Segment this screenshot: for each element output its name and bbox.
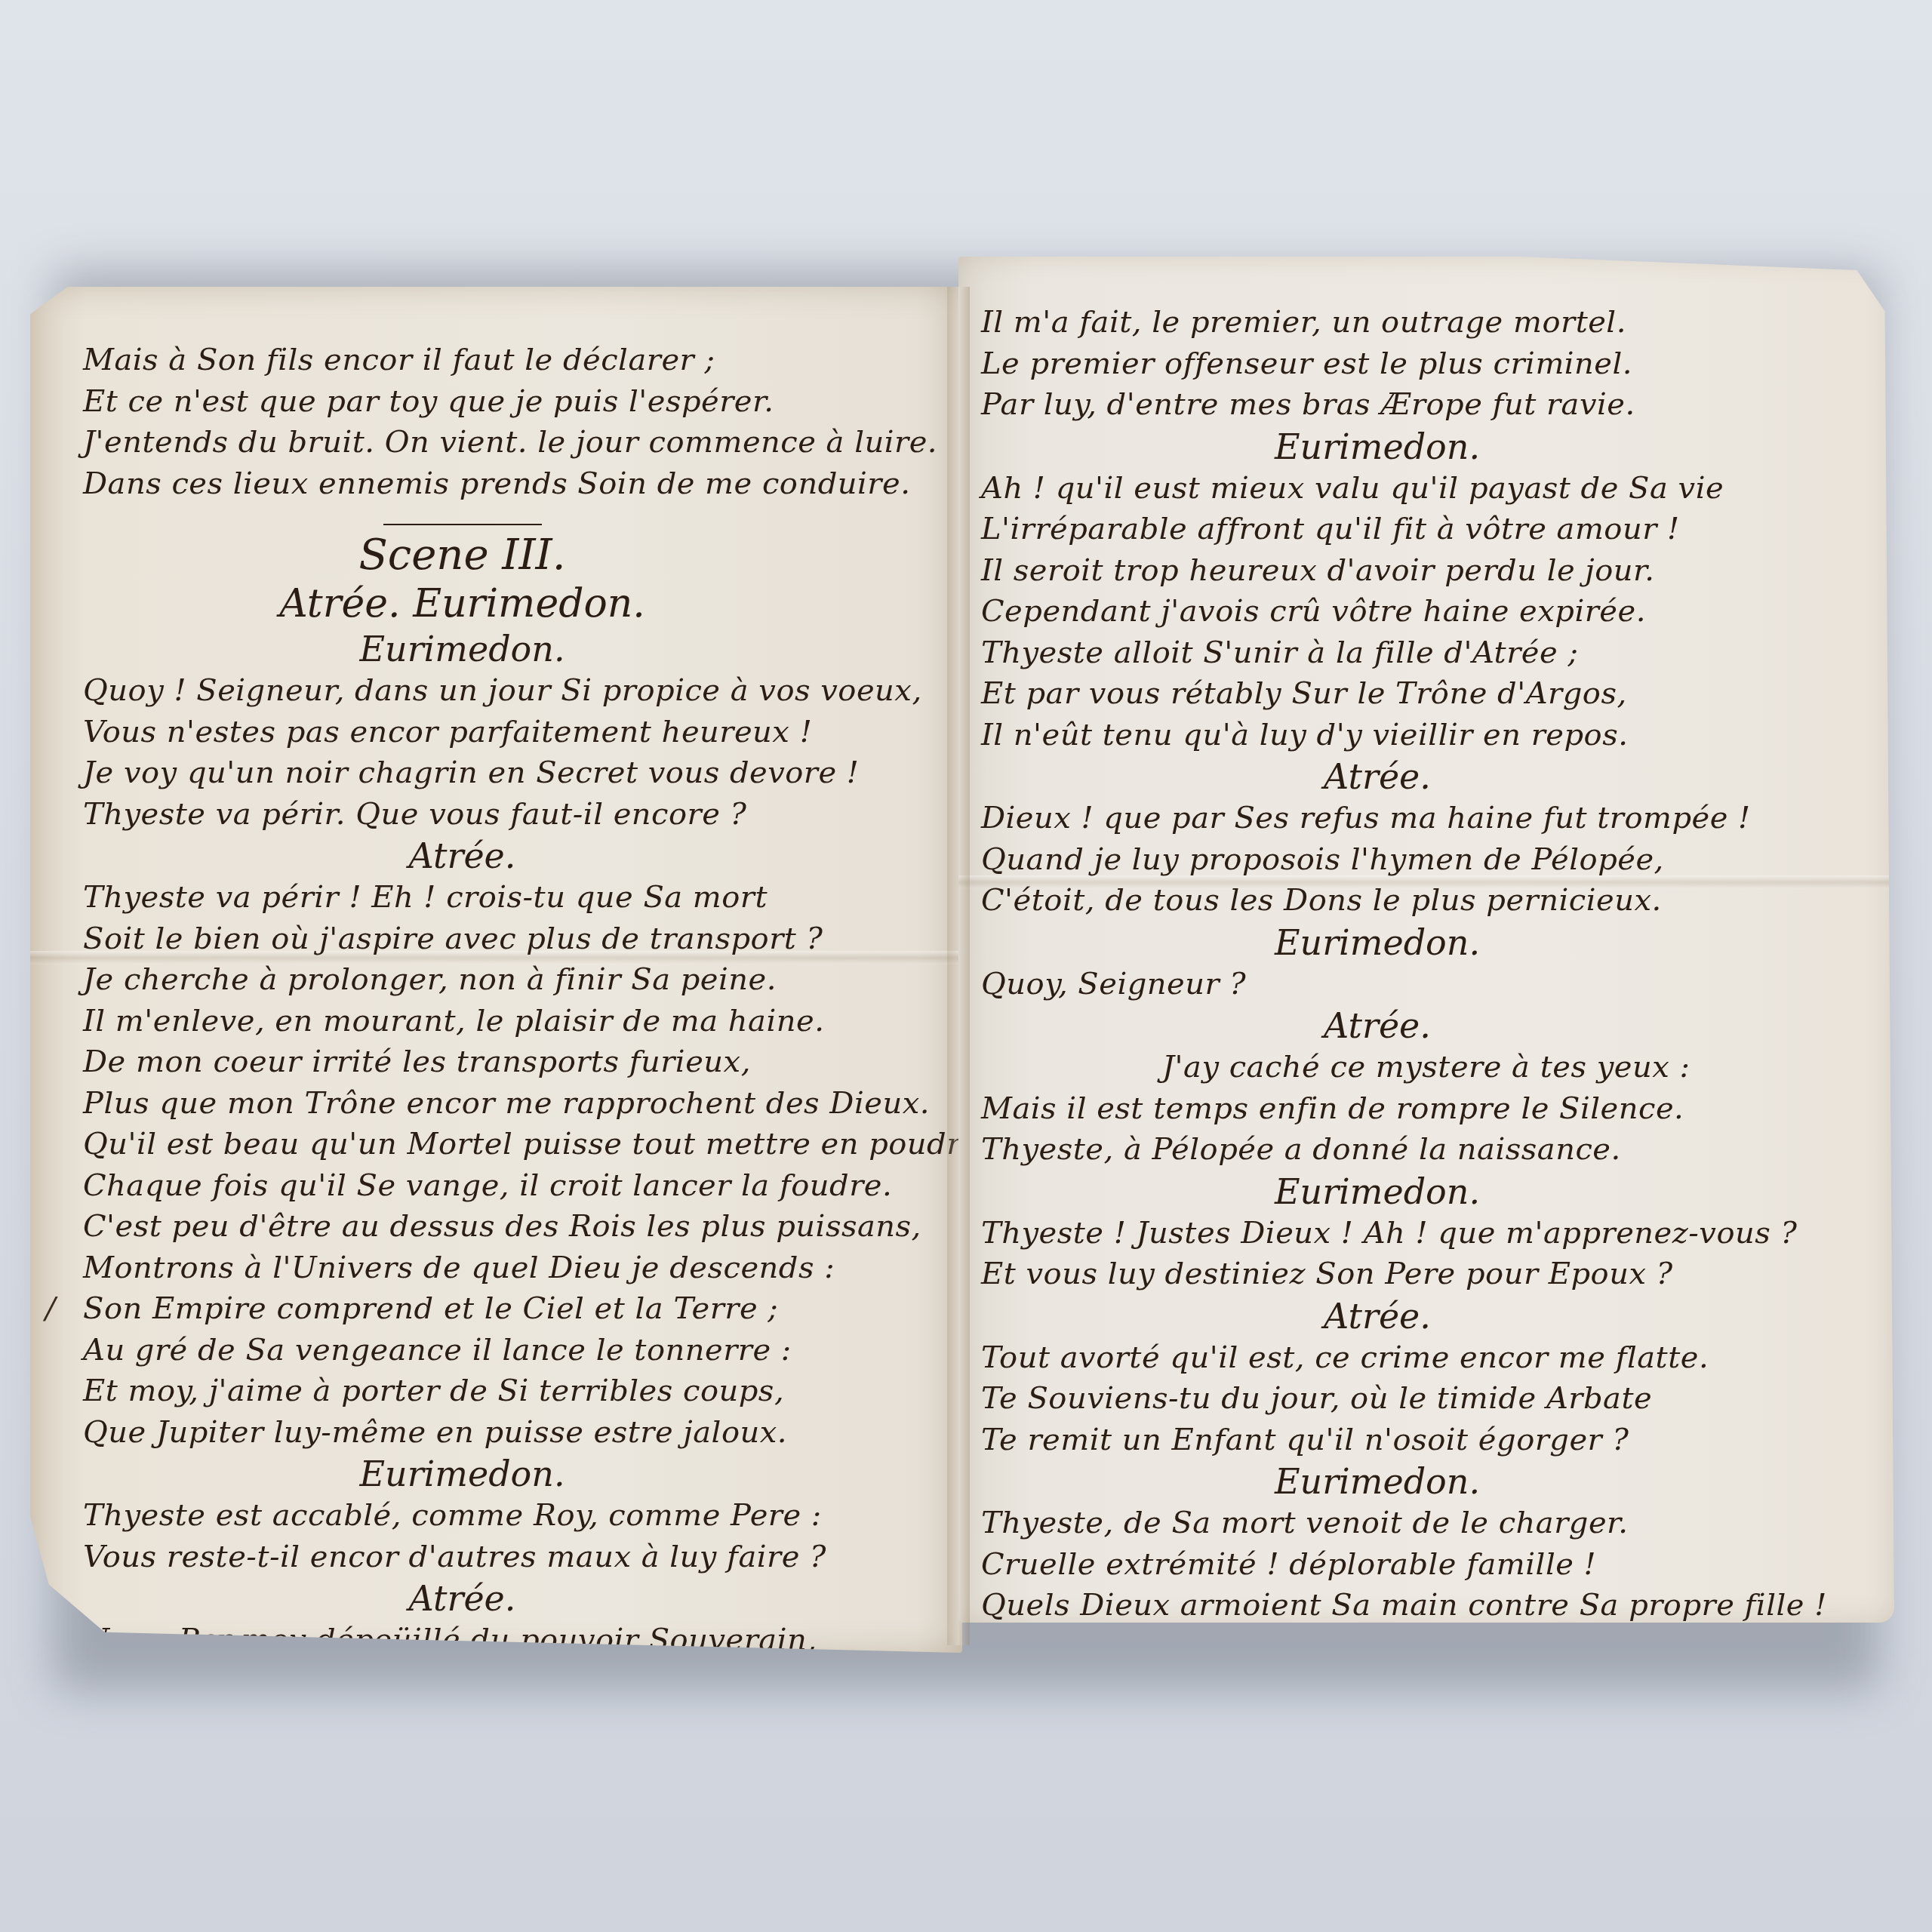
verse-line: Il m'enleve, en mourant, le plaisir de m… [83, 1001, 932, 1042]
speaker-name: Atrée. [981, 1295, 1864, 1337]
verse-line: Par toy firent passer cet Enfant dans me… [981, 1709, 1864, 1751]
verse-line: L'irréparable affront qu'il fit à vôtre … [981, 509, 1864, 550]
verse-line: Il n'a pas pleinement assouvi ma vengean… [83, 1702, 932, 1743]
verse-line: Le premier offenseur est le plus crimine… [981, 343, 1864, 385]
verse-line: C'est peu d'être au dessus des Rois les … [83, 1206, 932, 1247]
verse-line: Vous reste-t-il encor d'autres maux à lu… [83, 1537, 932, 1578]
left-page-text: Mais à Son fils encor il faut le déclare… [83, 340, 932, 1784]
verse-line: Dieux ! que par Ses refus ma haine fut t… [981, 798, 1864, 839]
open-manuscript: Mais à Son fils encor il faut le déclare… [30, 241, 1902, 1660]
verse-line: Plus que mon Trône encor me rapprochent … [83, 1083, 932, 1124]
verse-line: Dans ces lieux ennemis prends Soin de me… [83, 463, 932, 505]
verse-line: Il m'a fait, le premier, un outrage mort… [981, 302, 1864, 343]
speaker-name: Eurimedon. [981, 1171, 1864, 1213]
verse-line: Je voy qu'un noir chagrin en Secret vous… [83, 752, 932, 794]
verse-line: Thyeste est accablé, comme Roy, comme Pe… [83, 1495, 932, 1537]
verse-line: Quels Dieux armoient Sa main contre Sa p… [981, 1585, 1864, 1626]
verse-line: Son Empire comprend et le Ciel et la Ter… [83, 1288, 932, 1330]
verse-line: Il seroit trop heureux d'avoir perdu le … [981, 550, 1864, 592]
verse-line: Thyeste, à Pélopée a donné la naissance. [981, 1129, 1864, 1171]
speaker-name: Atrée. [83, 1577, 932, 1620]
verse-line: Chaque fois qu'il Se vange, il croit lan… [83, 1165, 932, 1207]
verse-line: Quand je luy proposois l'hymen de Pélopé… [981, 839, 1864, 881]
right-page-text: Il m'a fait, le premier, un outrage mort… [981, 302, 1864, 1874]
left-page: Mais à Son fils encor il faut le déclare… [30, 287, 962, 1653]
verse-line: C'étoit, de tous les Dons le plus pernic… [981, 880, 1864, 921]
speaker-name: Eurimedon. [83, 1453, 932, 1495]
verse-line: Que Jupiter luy-même en puisse estre jal… [83, 1412, 932, 1454]
binding-gutter [947, 287, 970, 1645]
verse-line: J'entends du bruit. On vient. le jour co… [83, 422, 932, 463]
verse-line: Cependant j'avois crû vôtre haine expiré… [981, 591, 1864, 632]
verse-line: J'ay caché ce mystere à tes yeux : [981, 1047, 1864, 1088]
speaker-name: Eurimedon. [83, 628, 932, 670]
verse-line: Et vous luy destiniez Son Pere pour Epou… [981, 1254, 1864, 1295]
verse-line: Tout avorté qu'il est, ce crime encor me… [981, 1337, 1864, 1379]
speaker-name: Atrée. [83, 835, 932, 877]
verse-line: Ah ! qu'il eust mieux valu qu'il payast … [981, 468, 1864, 509]
verse-line: Et moy, j'aime à porter de Si terribles … [83, 1371, 932, 1412]
verse-line: Et par vous rétably Sur le Trône d'Argos… [981, 673, 1864, 715]
verse-line: Quoy ! Seigneur, dans un jour Si propice… [83, 670, 932, 712]
verse-line: Je dois mieux mesurer le Supplice à l'of… [83, 1743, 932, 1785]
speaker-name: Atrée. [981, 755, 1864, 798]
right-page: Il m'a fait, le premier, un outrage mort… [958, 257, 1894, 1623]
verse-line: Qu'il est beau qu'un Mortel puisse tout … [83, 1124, 932, 1165]
margin-mark: / [45, 1288, 56, 1330]
verse-line: Thyeste va périr ! Eh ! crois-tu que Sa … [83, 877, 932, 918]
verse-line: D'abord, Sans nul dessein je pris Soin d… [981, 1751, 1864, 1792]
verse-line: Te Souviens-tu du jour, où le timide Arb… [981, 1378, 1864, 1420]
scene-divider-rule [383, 524, 542, 525]
verse-line: Quoy, Seigneur ? [981, 964, 1864, 1005]
scene-heading: Scene III. [83, 531, 932, 580]
verse-line: Mais ma fille, au berceau m'ayant esté r… [981, 1792, 1864, 1833]
speaker-name: Eurimedon. [981, 426, 1864, 468]
verse-line: Thyeste alloit S'unir à la fille d'Atrée… [981, 632, 1864, 674]
verse-line: Et ce n'est que par toy que je puis l'es… [83, 381, 932, 423]
verse-line: Te remit un Enfant qu'il n'osoit égorger… [981, 1420, 1864, 1461]
verse-line: De mon coeur irrité les transports furie… [83, 1041, 932, 1083]
verse-line: Au gré de Sa vengeance il lance le tonne… [83, 1330, 932, 1371]
verse-line: Thyeste, de Sa mort venoit de le charger… [981, 1503, 1864, 1544]
verse-line: Soit le bien où j'aspire avec plus de tr… [83, 918, 932, 960]
speaker-name: Atrée. [981, 1004, 1864, 1047]
verse-line: La Sienne en même temps prit Sa place et… [981, 1833, 1864, 1875]
verse-line: Mais à Son fils encor il faut le déclare… [83, 340, 932, 381]
speaker-name: Eurimedon. [981, 921, 1864, 964]
speaker-name: Eurimedon. [981, 1460, 1864, 1503]
verse-line: Je cherche à prolonger, non à finir Sa p… [83, 959, 932, 1001]
verse-line: Par luy, d'entre mes bras Ærope fut ravi… [981, 384, 1864, 426]
verse-line: Mais il est temps enfin de rompre le Sil… [981, 1088, 1864, 1130]
scene-characters: Atrée. Eurimedon. [83, 580, 932, 628]
verse-line: Thyeste va périr. Que vous faut-il encor… [83, 794, 932, 835]
verse-line: Montrons à l'Univers de quel Dieu je des… [83, 1247, 932, 1289]
verse-line: Cruelle extrémité ! déplorable famille ! [981, 1544, 1864, 1586]
verse-line: Non ; Par moy dépoüillé du pouvoir Souve… [83, 1620, 932, 1661]
verse-line: Vous n'estes pas encor parfaitement heur… [83, 712, 932, 753]
verse-line: Thyeste ! Justes Dieux ! Ah ! que m'appr… [981, 1213, 1864, 1254]
verse-line: Il n'eût tenu qu'à luy d'y vieillir en r… [981, 715, 1864, 756]
